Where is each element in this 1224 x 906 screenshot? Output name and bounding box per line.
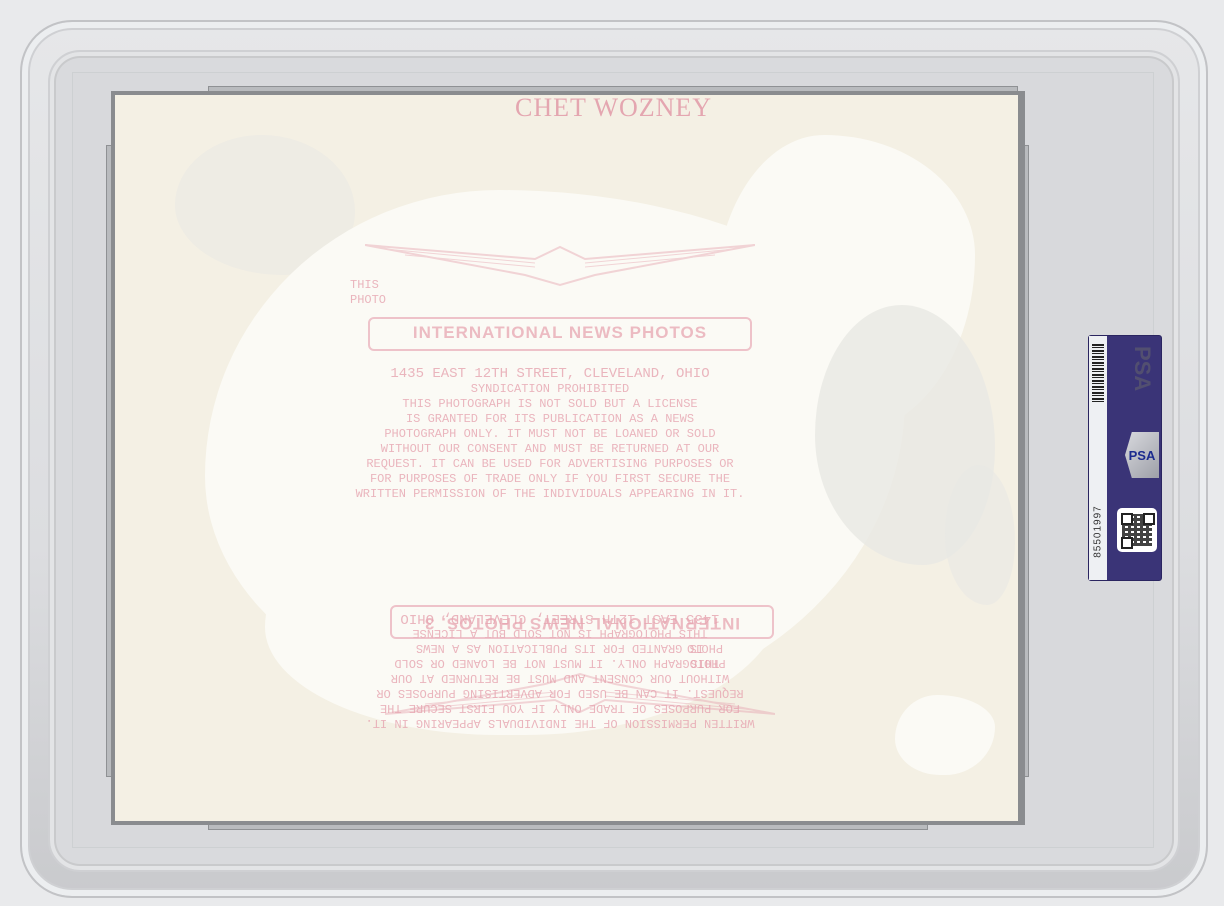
wings-emblem-icon	[385, 670, 775, 724]
stamp-body-line: PHOTOGRAPH ONLY. IT MUST NOT BE LOANED O…	[350, 427, 750, 442]
psa-cert-label: 85501997 PSA PSA	[1088, 335, 1162, 581]
stamp-text: THIS	[675, 655, 735, 670]
qr-finder	[1121, 513, 1133, 525]
photographer-stamp: CHET WOZNEY	[515, 95, 712, 123]
qr-code-icon[interactable]	[1117, 508, 1157, 552]
stain	[945, 465, 1015, 605]
qr-finder	[1121, 537, 1133, 549]
psa-logo: PSA	[1125, 432, 1159, 478]
stamp-this-photo-inverted: THIS PHOTO	[675, 640, 735, 670]
stamp-text: PHOTO	[675, 640, 735, 655]
stamp-this-photo: THIS PHOTO	[350, 278, 750, 308]
photo-back: CHET WOZNEY THIS PHOTO INTERNATIONAL NEW…	[115, 95, 1018, 821]
barcode-icon	[1092, 344, 1104, 404]
stamp-body-line: REQUEST. IT CAN BE USED FOR ADVERTISING …	[350, 457, 750, 472]
paper-residue-area	[895, 695, 995, 775]
agency-banner-inverted: INTERNATIONAL NEWS PHOTOS, 3	[390, 605, 774, 639]
stamp-address: 1435 EAST 12TH STREET, CLEVELAND, OHIO	[350, 367, 750, 382]
cert-number: 85501997	[1093, 487, 1104, 577]
stamp-body-line: WITHOUT OUR CONSENT AND MUST BE RETURNED…	[350, 442, 750, 457]
stamp-text: THIS	[350, 278, 750, 293]
stamp-body-line: IS GRANTED FOR ITS PUBLICATION AS A NEWS	[350, 412, 750, 427]
stamp-text: PHOTO	[350, 293, 750, 308]
psa-hologram-icon: PSA	[1117, 346, 1155, 416]
label-white-strip: 85501997	[1089, 336, 1107, 580]
stamp-body-line: THIS PHOTOGRAPH IS NOT SOLD BUT A LICENS…	[350, 397, 750, 412]
stamp-notice: SYNDICATION PROHIBITED	[350, 382, 750, 397]
agency-banner: INTERNATIONAL NEWS PHOTOS	[368, 317, 752, 351]
qr-finder	[1143, 513, 1155, 525]
